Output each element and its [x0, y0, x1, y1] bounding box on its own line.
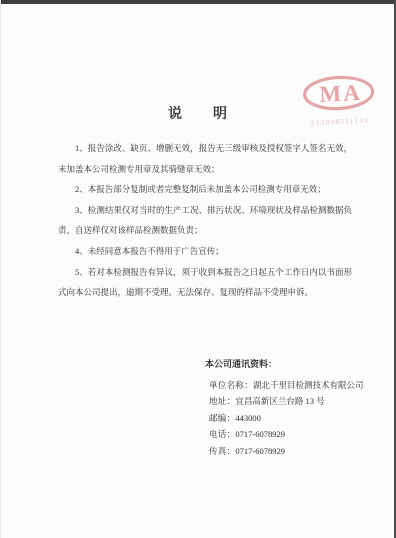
- note-paragraph-5: 5、若对本检测报告有异议，须于收到本报告之日起五个工作日内以书面形式向本公司提出…: [58, 262, 352, 303]
- company-name-value: 湖北千里目检测技术有限公司: [253, 380, 364, 390]
- postcode-value: 443000: [235, 413, 261, 423]
- address-label: 地址：: [209, 396, 235, 406]
- phone-label: 电话：: [209, 429, 235, 439]
- contact-row-fax: 传真：0717-6078929: [209, 443, 380, 459]
- page-title: 说 明: [0, 103, 396, 123]
- notes-body: 1、报告涂改、缺页、增删无效，报告无三级审核及授权签字人签名无效，未加盖本公司检…: [58, 138, 352, 303]
- contact-row-phone: 电话：0717-6078929: [209, 426, 380, 442]
- note-paragraph-2: 2、本报告部分复制或者完整复制后未加盖本公司检测专用章无效；: [58, 179, 352, 200]
- scan-edge-top: [0, 0, 396, 4]
- company-name-label: 单位名称：: [209, 380, 253, 390]
- contact-row-postcode: 邮编：443000: [209, 410, 380, 426]
- note-paragraph-1: 1、报告涂改、缺页、增删无效，报告无三级审核及授权签字人签名无效，未加盖本公司检…: [58, 138, 352, 179]
- phone-value: 0717-6078929: [235, 429, 285, 439]
- document-page: MA 212000511101 说 明 1、报告涂改、缺页、增删无效，报告无三级…: [0, 0, 396, 538]
- postcode-label: 邮编：: [209, 413, 235, 423]
- fax-value: 0717-6078929: [235, 446, 285, 456]
- note-paragraph-3: 3、检测结果仅对当时的生产工况、排污状况、环境现状及样品检测数据负责，自送样仅对…: [58, 200, 352, 241]
- contact-row-company: 单位名称：湖北千里目检测技术有限公司: [209, 377, 380, 393]
- contact-row-address: 地址：宜昌高新区兰台路 13 号: [209, 393, 380, 409]
- contact-heading: 本公司通讯资料：: [205, 357, 380, 370]
- scan-edge-left: [0, 0, 1, 538]
- note-paragraph-4: 4、未经同意本报告不得用于广告宣传；: [58, 241, 352, 262]
- fax-label: 传真：: [209, 446, 235, 456]
- contact-block: 本公司通讯资料： 单位名称：湖北千里目检测技术有限公司 地址：宜昌高新区兰台路 …: [205, 357, 380, 459]
- address-value: 宜昌高新区兰台路 13 号: [235, 396, 324, 406]
